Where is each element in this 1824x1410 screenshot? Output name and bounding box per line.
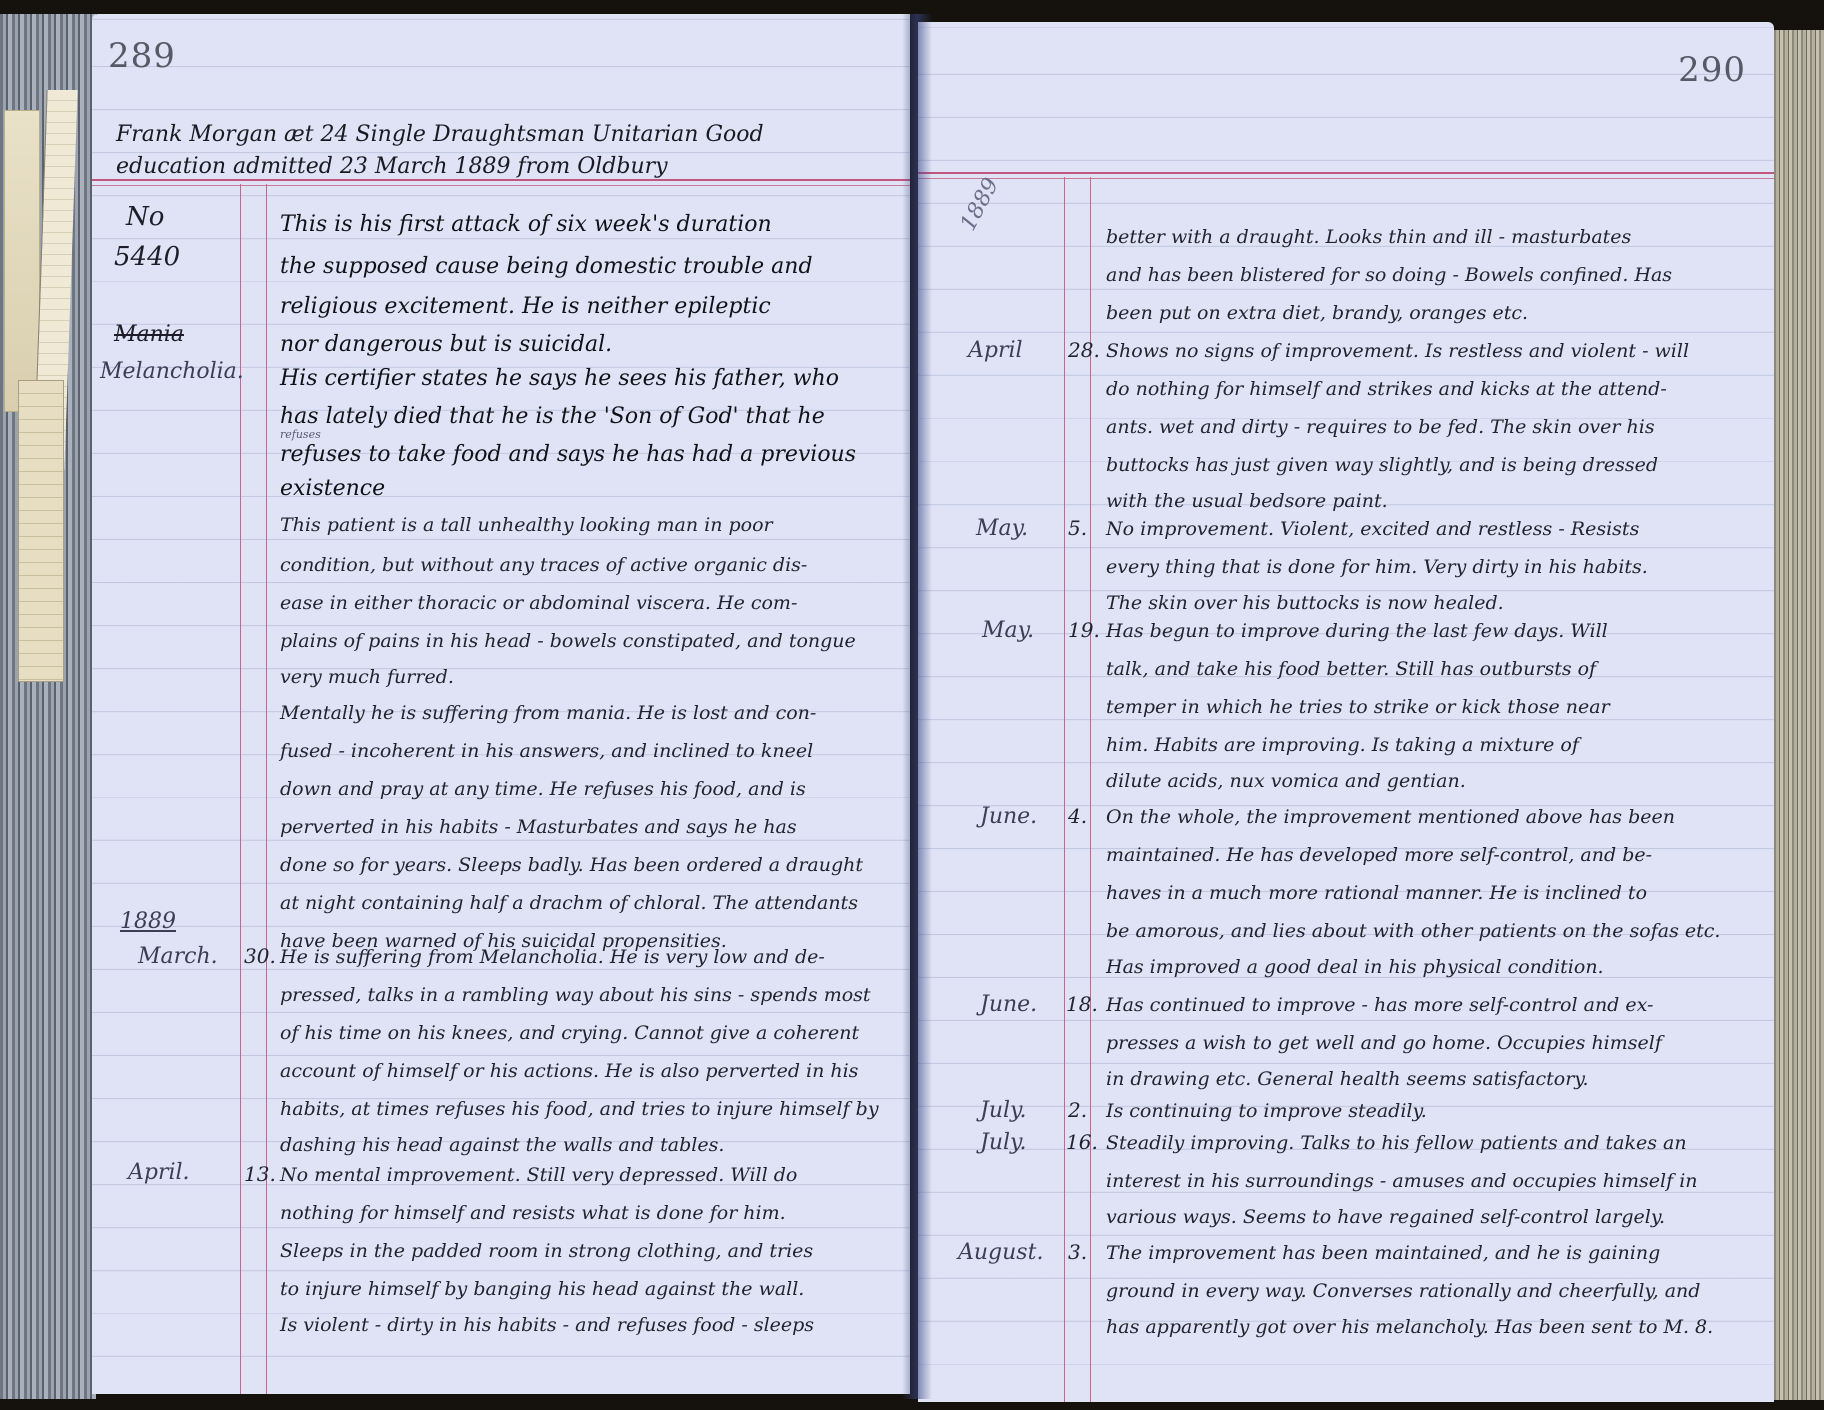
entry-line: nothing for himself and resists what is …: [280, 1202, 786, 1224]
entry-month: March.: [138, 944, 218, 969]
examination-line: down and pray at any time. He refuses hi…: [280, 778, 806, 800]
entry-line: talk, and take his food better. Still ha…: [1106, 658, 1596, 680]
entry-line: account of himself or his actions. He is…: [280, 1060, 858, 1082]
entry-day: 2.: [1068, 1098, 1087, 1122]
entry-line: Is continuing to improve steadily.: [1106, 1100, 1427, 1122]
entry-line: buttocks has just given way slightly, an…: [1106, 454, 1658, 476]
entry-month: April.: [128, 1160, 190, 1185]
admission-line: religious excitement. He is neither epil…: [280, 294, 771, 319]
admission-line: has lately died that he is the 'Son of G…: [280, 404, 825, 429]
entry-line: Has continued to improve - has more self…: [1106, 994, 1653, 1016]
entry-line: haves in a much more rational manner. He…: [1106, 882, 1647, 904]
margin-rule-1: [1064, 177, 1065, 1402]
entry-month: August.: [958, 1240, 1043, 1265]
entry-month: April: [968, 338, 1023, 363]
entry-month: June.: [980, 992, 1037, 1017]
admission-line: existence: [280, 476, 385, 501]
admission-line: refuses to take food and says he has had…: [280, 442, 856, 467]
examination-line: plains of pains in his head - bowels con…: [280, 630, 856, 652]
entry-line: temper in which he tries to strike or ki…: [1106, 696, 1610, 718]
entry-month: July.: [980, 1130, 1027, 1155]
entry-line: No improvement. Violent, excited and res…: [1106, 518, 1639, 540]
examination-line: This patient is a tall unhealthy looking…: [280, 514, 773, 536]
index-tab-strip-lower: [18, 380, 64, 682]
entry-line: habits, at times refuses his food, and t…: [280, 1098, 879, 1120]
continuation-line: better with a draught. Looks thin and il…: [1106, 226, 1631, 248]
entry-line: to injure himself by banging his head ag…: [280, 1278, 804, 1300]
entry-line: presses a wish to get well and go home. …: [1106, 1032, 1662, 1054]
entry-day: 18.: [1066, 992, 1098, 1016]
header-rule: [918, 172, 1774, 179]
right-page: 290 1889 better with a draught. Looks th…: [918, 22, 1774, 1402]
patient-header-line-2: education admitted 23 March 1889 from Ol…: [116, 154, 896, 179]
entry-line: Has improved a good deal in his physical…: [1106, 956, 1604, 978]
entry-line: He is suffering from Melancholia. He is …: [280, 946, 825, 968]
entry-month: June.: [980, 804, 1037, 829]
year-marker: 1889: [956, 174, 1004, 235]
diagnosis: Melancholia.: [100, 359, 244, 384]
entry-month: May.: [976, 516, 1028, 541]
examination-line: at night containing half a drachm of chl…: [280, 892, 858, 914]
struck-diagnosis: Mania: [114, 322, 184, 347]
entry-day: 13.: [244, 1162, 276, 1186]
entry-line: Sleeps in the padded room in strong clot…: [280, 1240, 813, 1262]
entry-day: 3.: [1068, 1240, 1087, 1264]
paper-tab-stack: [4, 110, 40, 412]
left-page: 289 Frank Morgan æt 24 Single Draughtsma…: [92, 14, 910, 1394]
entry-line: The improvement has been maintained, and…: [1106, 1242, 1660, 1264]
continuation-line: been put on extra diet, brandy, oranges …: [1106, 302, 1528, 324]
entry-line: interest in his surroundings - amuses an…: [1106, 1170, 1698, 1192]
entry-line: him. Habits are improving. Is taking a m…: [1106, 734, 1579, 756]
entry-day: 28.: [1068, 338, 1100, 362]
entry-line: The skin over his buttocks is now healed…: [1106, 592, 1504, 614]
examination-line: done so for years. Sleeps badly. Has bee…: [280, 854, 863, 876]
admission-line: the supposed cause being domestic troubl…: [280, 254, 813, 279]
entry-line: ground in every way. Converses rationall…: [1106, 1280, 1700, 1302]
entry-month: July.: [980, 1098, 1027, 1123]
entry-line: ants. wet and dirty - requires to be fed…: [1106, 416, 1655, 438]
entry-line: dilute acids, nux vomica and gentian.: [1106, 770, 1466, 792]
entry-line: be amorous, and lies about with other pa…: [1106, 920, 1720, 942]
entry-day: 16.: [1066, 1130, 1098, 1154]
book-gutter: [902, 14, 932, 1399]
entry-line: various ways. Seems to have regained sel…: [1106, 1206, 1665, 1228]
entry-line: Steadily improving. Talks to his fellow …: [1106, 1132, 1687, 1154]
entry-line: dashing his head against the walls and t…: [280, 1134, 724, 1156]
entry-line: Shows no signs of improvement. Is restle…: [1106, 340, 1689, 362]
examination-line: Mentally he is suffering from mania. He …: [280, 702, 816, 724]
entry-day: 19.: [1068, 618, 1100, 642]
year-marker: 1889: [120, 909, 176, 934]
admission-line: His certifier states he says he sees his…: [280, 366, 839, 391]
entry-day: 5.: [1068, 516, 1087, 540]
continuation-line: and has been blistered for so doing - Bo…: [1106, 264, 1672, 286]
margin-rule-2: [266, 184, 267, 1394]
examination-line: ease in either thoracic or abdominal vis…: [280, 592, 797, 614]
entry-line: maintained. He has developed more self-c…: [1106, 844, 1652, 866]
entry-day: 4.: [1068, 804, 1087, 828]
header-rule: [92, 179, 910, 186]
entry-line: Is violent - dirty in his habits - and r…: [280, 1314, 814, 1336]
admission-line: nor dangerous but is suicidal.: [280, 332, 612, 357]
entry-line: pressed, talks in a rambling way about h…: [280, 984, 871, 1006]
entry-line: with the usual bedsore paint.: [1106, 490, 1388, 512]
entry-line: every thing that is done for him. Very d…: [1106, 556, 1648, 578]
case-label: No: [126, 202, 164, 232]
entry-line: No mental improvement. Still very depres…: [280, 1164, 797, 1186]
entry-line: On the whole, the improvement mentioned …: [1106, 806, 1675, 828]
entry-line: of his time on his knees, and crying. Ca…: [280, 1022, 859, 1044]
entry-line: Has begun to improve during the last few…: [1106, 620, 1608, 642]
entry-line: in drawing etc. General health seems sat…: [1106, 1068, 1589, 1090]
entry-day: 30.: [244, 944, 276, 968]
case-number: 5440: [114, 242, 180, 272]
admission-line: This is his first attack of six week's d…: [280, 212, 772, 237]
book-page-edges-right: [1774, 30, 1824, 1400]
examination-line: perverted in his habits - Masturbates an…: [280, 816, 797, 838]
page-number-left: 289: [108, 36, 176, 76]
examination-line: very much furred.: [280, 666, 454, 688]
inserted-word: refuses: [280, 428, 321, 441]
examination-line: condition, but without any traces of act…: [280, 554, 807, 576]
entry-month: May.: [982, 618, 1034, 643]
examination-line: fused - incoherent in his answers, and i…: [280, 740, 813, 762]
entry-line: has apparently got over his melancholy. …: [1106, 1316, 1713, 1338]
page-number-right: 290: [1678, 50, 1746, 90]
patient-header-line-1: Frank Morgan æt 24 Single Draughtsman Un…: [116, 122, 896, 147]
entry-line: do nothing for himself and strikes and k…: [1106, 378, 1667, 400]
